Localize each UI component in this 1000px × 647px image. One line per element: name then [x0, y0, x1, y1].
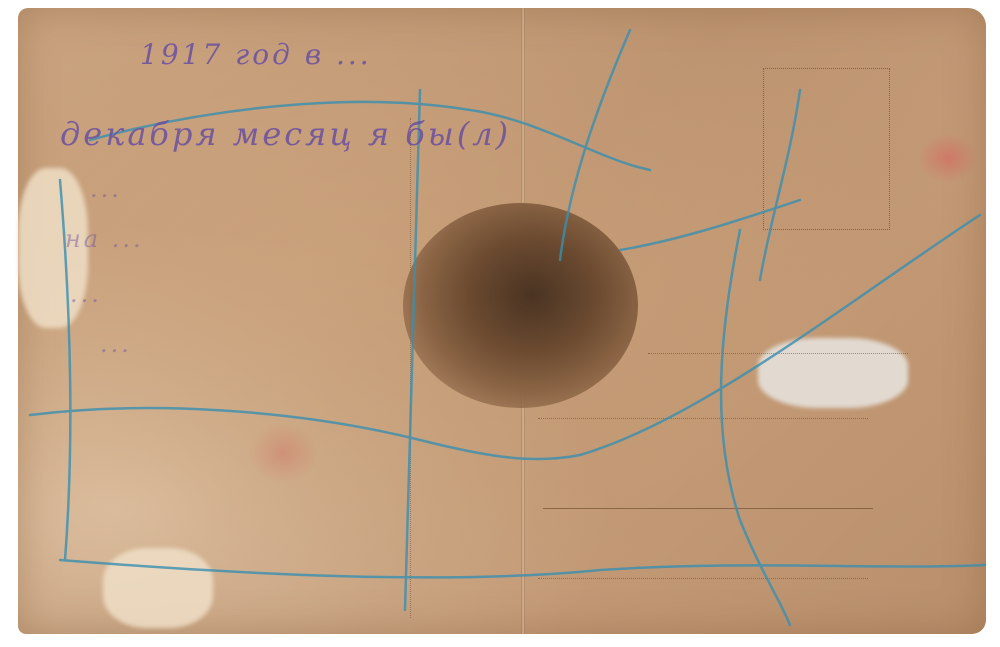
- handwriting-line-3: ...: [90, 175, 122, 203]
- handwriting-line-1: 1917 год в ...: [140, 38, 372, 71]
- blue-crayon-scribbles: [0, 0, 1000, 647]
- handwriting-line-2: декабря месяц я бы(л): [60, 115, 511, 153]
- handwriting-line-4: на ...: [65, 225, 144, 253]
- handwriting-line-5: ...: [70, 280, 102, 308]
- handwriting-line-6: ...: [100, 330, 132, 358]
